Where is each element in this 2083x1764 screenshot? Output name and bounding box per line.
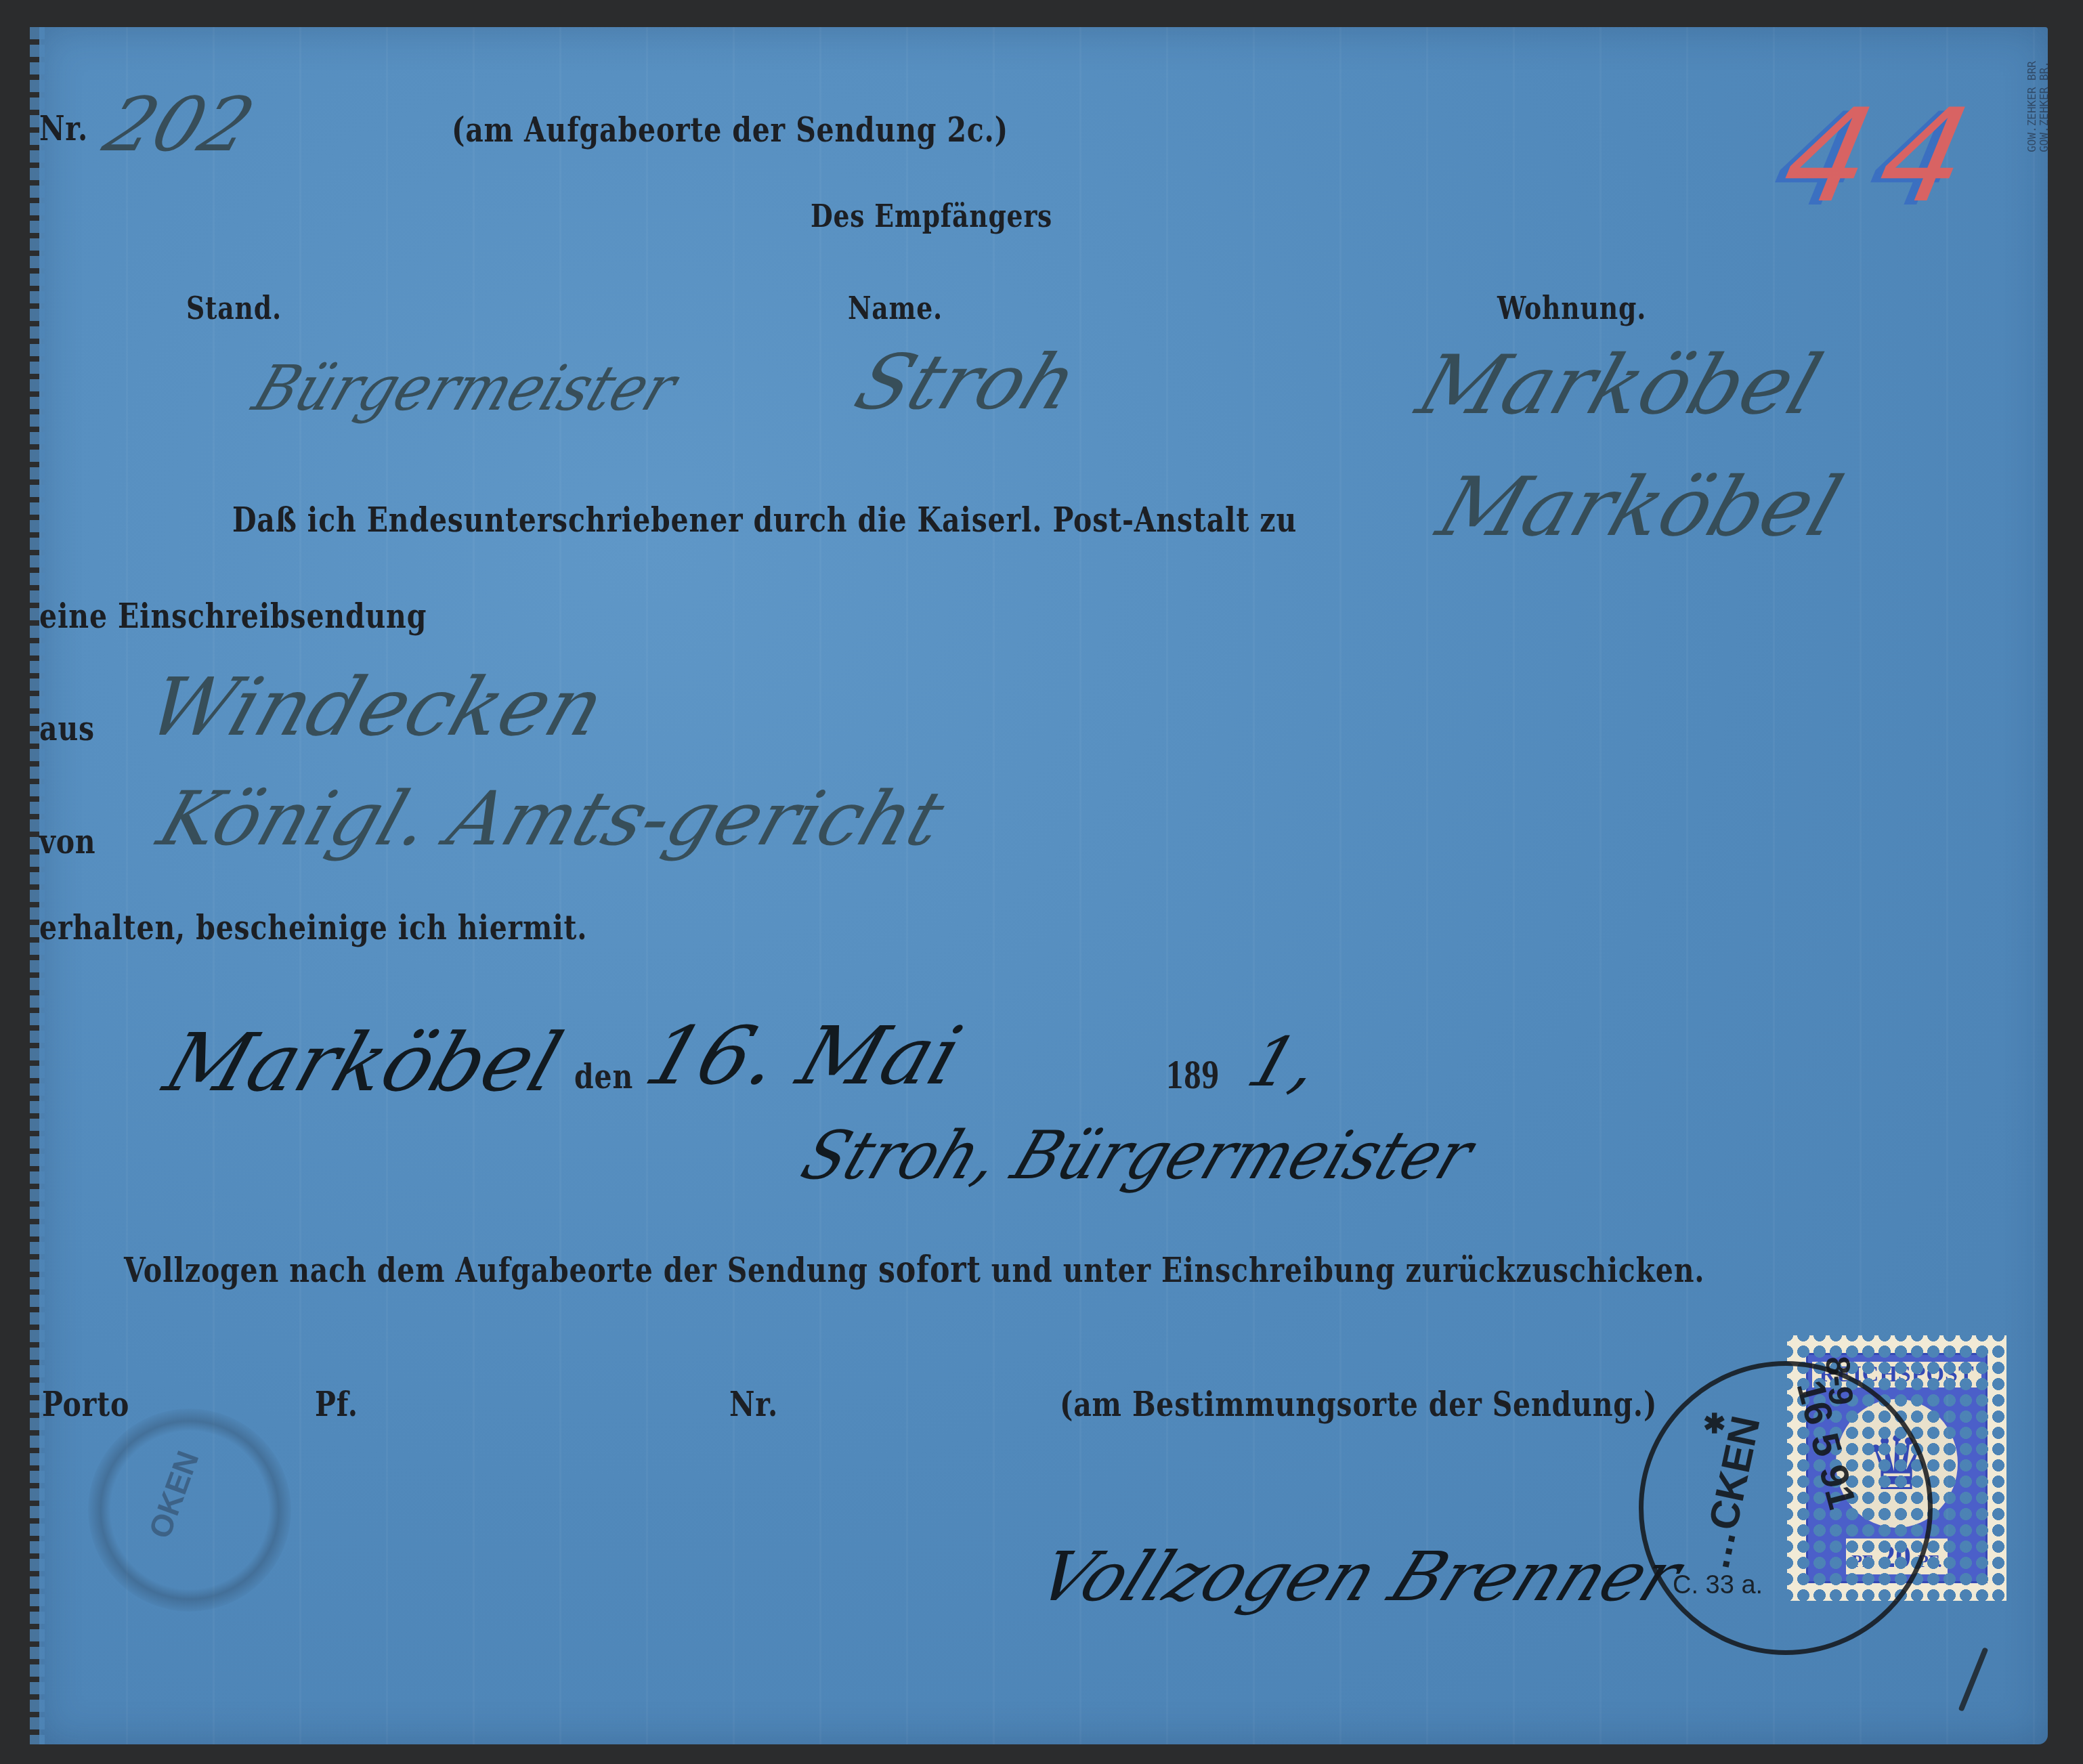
sofort-emphasis: sofort — [878, 1247, 981, 1291]
place-handwritten: Marköbel — [154, 1016, 573, 1109]
torn-left-edge — [30, 27, 45, 1744]
body-line-2: eine Einschreibsendung — [39, 596, 427, 636]
nr-value: 202 — [94, 81, 265, 168]
postmark-code: C. 33 a. — [1673, 1571, 1763, 1600]
wohnung-label: Wohnung. — [1497, 290, 1646, 326]
faint-postmark — [88, 1408, 291, 1612]
footer-nr-label: Nr. — [729, 1384, 778, 1424]
recipient-signature: Stroh, Bürgermeister — [792, 1117, 1482, 1195]
name-value-handwritten: Stroh — [844, 339, 1089, 427]
porto-label: Porto — [42, 1384, 129, 1424]
stand-value-handwritten: Bürgermeister — [244, 352, 687, 425]
von-value-handwritten: Königl. Amts-gericht — [148, 775, 954, 862]
aus-label: aus — [39, 708, 95, 748]
official-signature: Vollzogen Brenner — [1027, 1537, 1692, 1616]
day-month-handwritten: 16. Mai — [635, 1009, 973, 1102]
corner-number-annotation: 44 — [1772, 81, 1995, 231]
aus-value-handwritten: Windecken — [137, 660, 616, 754]
name-label: Name. — [848, 290, 943, 326]
destination-label: (am Bestimmungsorte der Sendung.) — [1060, 1384, 1657, 1424]
nr-label: Nr. — [39, 108, 88, 148]
von-label: von — [39, 821, 95, 861]
post-office-value-handwritten: Marköbel — [1427, 460, 1852, 555]
printer-imprint: GOW.ZEHKER BRR GOW.ZEHKER BR. — [2026, 61, 2050, 152]
postmark-circle — [1639, 1361, 1933, 1655]
den-label: den — [574, 1056, 633, 1096]
year-printed: 189 — [1166, 1051, 1220, 1099]
origin-label: (am Aufgabeorte der Sendung 2c.) — [452, 110, 1008, 150]
pf-label: Pf. — [315, 1384, 358, 1424]
wohnung-value-handwritten: Marköbel — [1406, 339, 1832, 433]
recipient-section-title: Des Empfängers — [811, 198, 1052, 234]
body-line-3: erhalten, bescheinige ich hiermit. — [39, 907, 587, 947]
postmark-time: 8-9 — [1818, 1354, 1861, 1406]
body-line-1: Daß ich Endesunterschriebener durch die … — [232, 500, 1297, 540]
return-instruction: Vollzogen nach dem Aufgabeorte der Sendu… — [124, 1247, 1704, 1291]
postmark-star-icon: ✱ — [1703, 1408, 1726, 1440]
stand-label: Stand. — [186, 290, 282, 326]
